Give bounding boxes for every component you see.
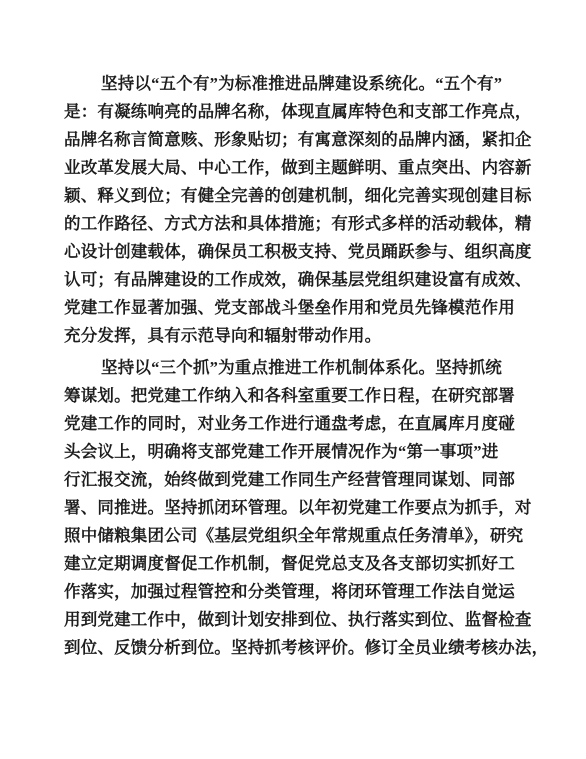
text-line: 充分发挥，具有示范导向和辐射带动作用。 (64, 322, 512, 350)
text-line: 是：有凝练响亮的品牌名称，体现直属库特色和支部工作亮点， (64, 98, 512, 126)
scanned-document-page: 坚持以“五个有”为标准推进品牌建设系统化。“五个有”是：有凝练响亮的品牌名称，体… (0, 0, 586, 759)
text-line: 署、同推进。坚持抓闭环管理。以年初党建工作要点为抓手，对 (64, 494, 512, 522)
text-line: 颖、释义到位；有健全完善的创建机制，细化完善实现创建目标 (64, 182, 512, 210)
document-body: 坚持以“五个有”为标准推进品牌建设系统化。“五个有”是：有凝练响亮的品牌名称，体… (64, 70, 512, 662)
text-line: 头会议上，明确将支部党建工作开展情况作为“第一事项”进 (64, 438, 512, 466)
text-line: 认可；有品牌建设的工作成效，确保基层党组织建设富有成效、 (64, 266, 512, 294)
text-line: 建立定期调度督促工作机制，督促党总支及各支部切实抓好工 (64, 550, 512, 578)
text-line: 照中储粮集团公司《基层党组织全年常规重点任务清单》，研究 (64, 522, 512, 550)
text-line: 行汇报交流，始终做到党建工作同生产经营管理同谋划、同部 (64, 466, 512, 494)
text-line: 品牌名称言简意赅、形象贴切；有寓意深刻的品牌内涵，紧扣企 (64, 126, 512, 154)
paragraph-1: 坚持以“五个有”为标准推进品牌建设系统化。“五个有”是：有凝练响亮的品牌名称，体… (64, 70, 512, 350)
text-line: 用到党建工作中，做到计划安排到位、执行落实到位、监督检查 (64, 606, 512, 634)
text-line: 筹谋划。把党建工作纳入和各科室重要工作日程，在研究部署 (64, 382, 512, 410)
text-line: 心设计创建载体，确保员工积极支持、党员踊跃参与、组织高度 (64, 238, 512, 266)
text-line: 坚持以“五个有”为标准推进品牌建设系统化。“五个有” (64, 70, 512, 98)
text-line: 到位、反馈分析到位。坚持抓考核评价。修订全员业绩考核办法， (64, 634, 512, 662)
text-line: 作落实，加强过程管控和分类管理，将闭环管理工作法自觉运 (64, 578, 512, 606)
text-line: 业改革发展大局、中心工作，做到主题鲜明、重点突出、内容新 (64, 154, 512, 182)
text-line: 党建工作显著加强、党支部战斗堡垒作用和党员先锋模范作用 (64, 294, 512, 322)
paragraph-2: 坚持以“三个抓”为重点推进工作机制体系化。坚持抓统筹谋划。把党建工作纳入和各科室… (64, 354, 512, 662)
text-line: 的工作路径、方式方法和具体措施；有形式多样的活动载体，精 (64, 210, 512, 238)
text-line: 党建工作的同时，对业务工作进行通盘考虑，在直属库月度碰 (64, 410, 512, 438)
text-line: 坚持以“三个抓”为重点推进工作机制体系化。坚持抓统 (64, 354, 512, 382)
